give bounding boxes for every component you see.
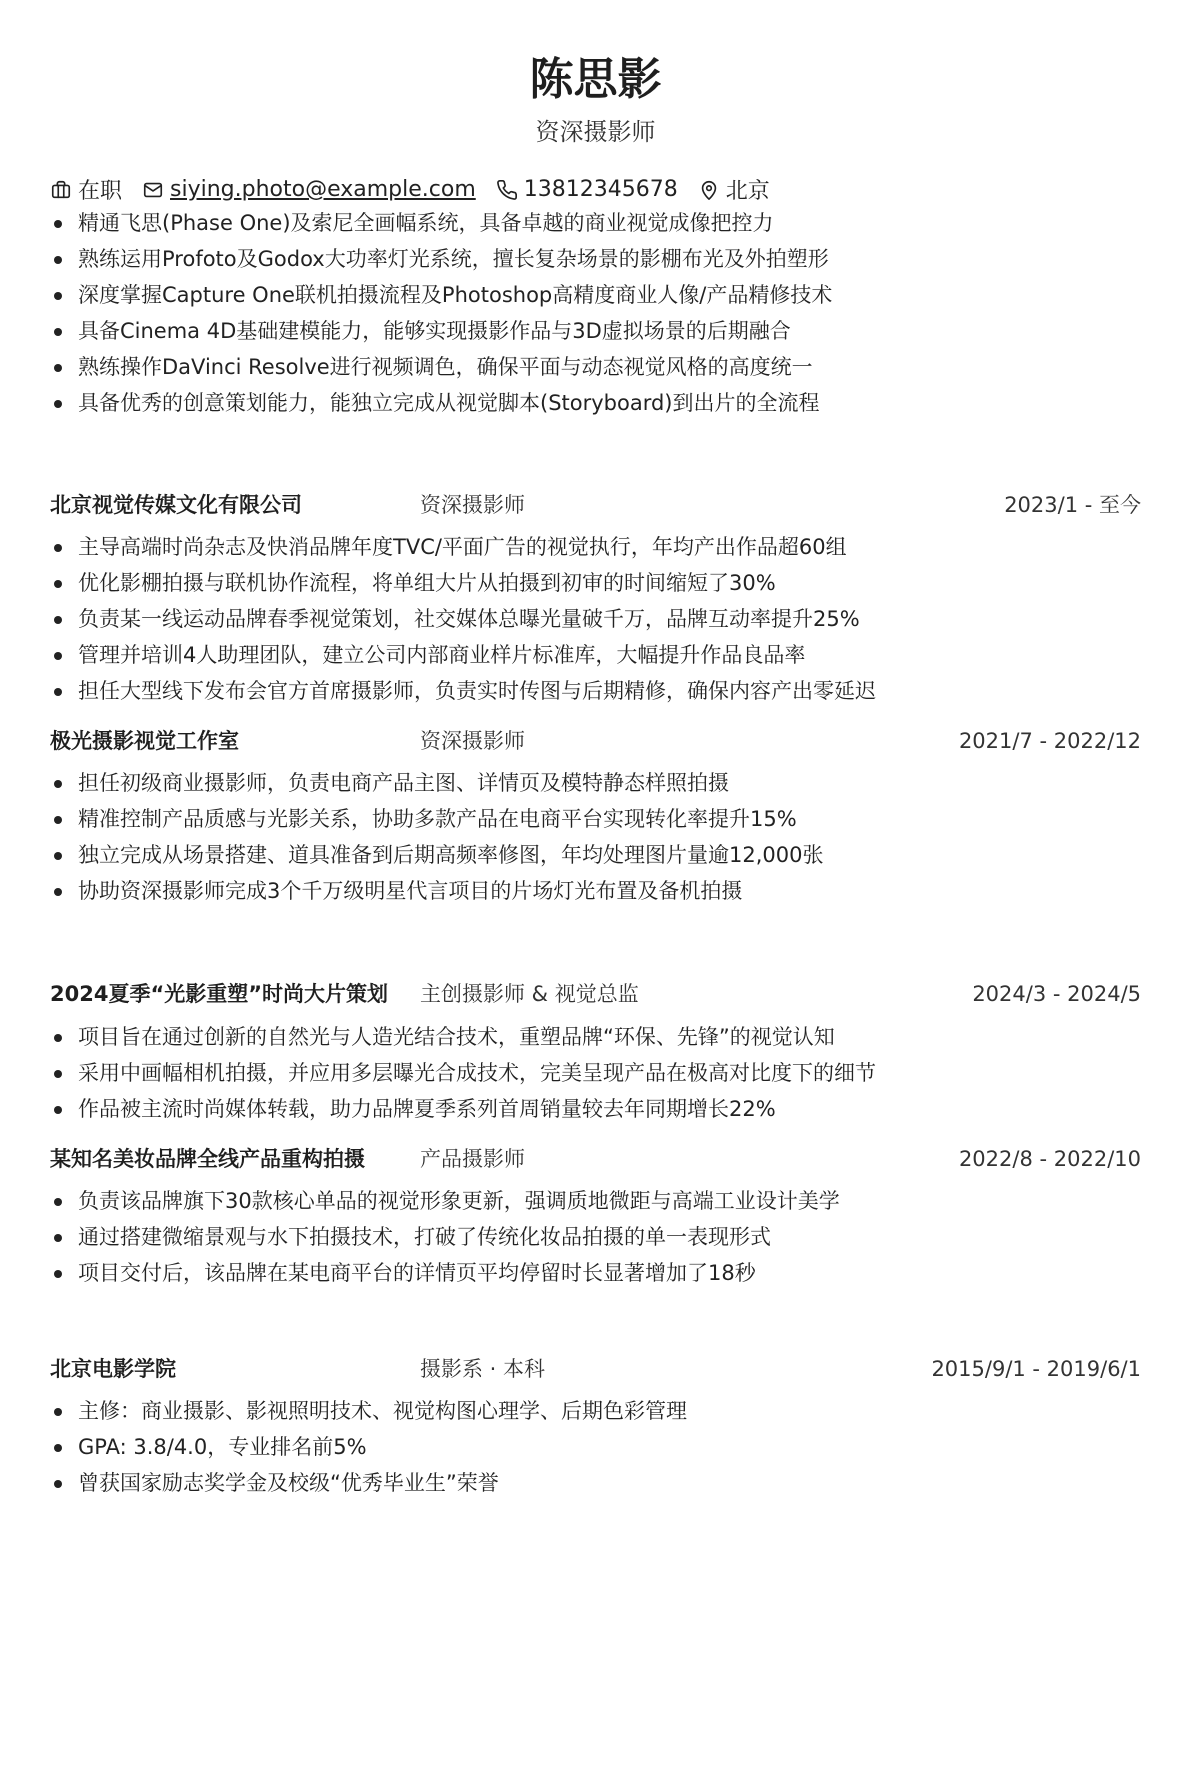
work-bullet: 管理并培训4人助理团队，建立公司内部商业样片标准库，大幅提升作品良品率 <box>50 637 1141 673</box>
work-bullet: 担任大型线下发布会官方首席摄影师，负责实时传图与后期精修，确保内容产出零延迟 <box>50 673 1141 709</box>
skills-list: 精通飞思(Phase One)及索尼全画幅系统，具备卓越的商业视觉成像把控力 熟… <box>50 205 1141 421</box>
project-bullet: 采用中画幅相机拍摄，并应用多层曝光合成技术，完美呈现产品在极高对比度下的细节 <box>50 1055 1141 1091</box>
contact-location: 北京 <box>698 174 770 205</box>
project-bullet: 负责该品牌旗下30款核心单品的视觉形象更新，强调质地微距与高端工业设计美学 <box>50 1183 1141 1219</box>
education-entry: 北京电影学院 摄影系 · 本科 2015/9/1 - 2019/6/1 主修：商… <box>50 1351 1141 1501</box>
skill-item: 精通飞思(Phase One)及索尼全画幅系统，具备卓越的商业视觉成像把控力 <box>50 205 1141 241</box>
work-bullet: 精准控制产品质感与光影关系，协助多款产品在电商平台实现转化率提升15% <box>50 801 1141 837</box>
skill-item: 具备Cinema 4D基础建模能力，能够实现摄影作品与3D虚拟场景的后期融合 <box>50 313 1141 349</box>
school-name: 北京电影学院 <box>50 1351 420 1387</box>
resume-page: 陈思影 资深摄影师 在职 siying.photo@example.com 13… <box>0 0 1191 1501</box>
work-entry: 极光摄影视觉工作室 资深摄影师 2021/7 - 2022/12 担任初级商业摄… <box>50 723 1141 909</box>
resume-header: 陈思影 资深摄影师 <box>50 0 1141 148</box>
job-role: 资深摄影师 <box>420 487 1004 523</box>
education-entry-header: 北京电影学院 摄影系 · 本科 2015/9/1 - 2019/6/1 <box>50 1351 1141 1387</box>
project-name: 某知名美妆品牌全线产品重构拍摄 <box>50 1141 420 1177</box>
skill-item: 深度掌握Capture One联机拍摄流程及Photoshop高精度商业人像/产… <box>50 277 1141 313</box>
work-bullet: 协助资深摄影师完成3个千万级明星代言项目的片场灯光布置及备机拍摄 <box>50 873 1141 909</box>
candidate-name: 陈思影 <box>50 52 1141 108</box>
project-role: 主创摄影师 & 视觉总监 <box>420 976 972 1012</box>
contact-bar: 在职 siying.photo@example.com 13812345678 … <box>50 174 1141 205</box>
project-entry-header: 2024夏季“光影重塑”时尚大片策划 主创摄影师 & 视觉总监 2024/3 -… <box>50 975 1141 1013</box>
contact-status: 在职 <box>50 174 122 205</box>
work-bullet: 负责某一线运动品牌春季视觉策划，社交媒体总曝光量破千万，品牌互动率提升25% <box>50 601 1141 637</box>
project-bullets: 负责该品牌旗下30款核心单品的视觉形象更新，强调质地微距与高端工业设计美学 通过… <box>50 1183 1141 1291</box>
skill-item: 熟练操作DaVinci Resolve进行视频调色，确保平面与动态视觉风格的高度… <box>50 349 1141 385</box>
work-entry-header: 北京视觉传媒文化有限公司 资深摄影师 2023/1 - 至今 <box>50 487 1141 523</box>
job-role: 资深摄影师 <box>420 723 959 759</box>
education-bullets: 主修：商业摄影、影视照明技术、视觉构图心理学、后期色彩管理 GPA: 3.8/4… <box>50 1393 1141 1501</box>
job-date: 2021/7 - 2022/12 <box>959 723 1141 759</box>
major-degree: 摄影系 · 本科 <box>420 1351 931 1387</box>
email-link[interactable]: siying.photo@example.com <box>170 177 476 202</box>
project-bullet: 项目旨在通过创新的自然光与人造光结合技术，重塑品牌“环保、先锋”的视觉认知 <box>50 1019 1141 1055</box>
work-bullet: 担任初级商业摄影师，负责电商产品主图、详情页及模特静态样照拍摄 <box>50 765 1141 801</box>
education-section: 北京电影学院 摄影系 · 本科 2015/9/1 - 2019/6/1 主修：商… <box>50 1351 1141 1501</box>
project-entry: 2024夏季“光影重塑”时尚大片策划 主创摄影师 & 视觉总监 2024/3 -… <box>50 975 1141 1127</box>
phone-icon <box>496 179 518 201</box>
status-text: 在职 <box>78 174 122 205</box>
work-bullet: 主导高端时尚杂志及快消品牌年度TVC/平面广告的视觉执行，年均产出作品超60组 <box>50 529 1141 565</box>
work-section: 北京视觉传媒文化有限公司 资深摄影师 2023/1 - 至今 主导高端时尚杂志及… <box>50 487 1141 909</box>
company-name: 极光摄影视觉工作室 <box>50 723 420 759</box>
work-bullets: 主导高端时尚杂志及快消品牌年度TVC/平面广告的视觉执行，年均产出作品超60组 … <box>50 529 1141 709</box>
project-role: 产品摄影师 <box>420 1141 959 1177</box>
education-bullet: 曾获国家励志奖学金及校级“优秀毕业生”荣誉 <box>50 1465 1141 1501</box>
work-bullet: 优化影棚拍摄与联机协作流程，将单组大片从拍摄到初审的时间缩短了30% <box>50 565 1141 601</box>
project-name: 2024夏季“光影重塑”时尚大片策划 <box>50 975 420 1013</box>
briefcase-icon <box>50 179 72 201</box>
education-date: 2015/9/1 - 2019/6/1 <box>931 1351 1141 1387</box>
map-pin-icon <box>698 179 720 201</box>
project-bullet: 通过搭建微缩景观与水下拍摄技术，打破了传统化妆品拍摄的单一表现形式 <box>50 1219 1141 1255</box>
company-name: 北京视觉传媒文化有限公司 <box>50 487 420 523</box>
skill-item: 熟练运用Profoto及Godox大功率灯光系统，擅长复杂场景的影棚布光及外拍塑… <box>50 241 1141 277</box>
work-entry-header: 极光摄影视觉工作室 资深摄影师 2021/7 - 2022/12 <box>50 723 1141 759</box>
phone-text: 13812345678 <box>524 177 678 202</box>
project-entry: 某知名美妆品牌全线产品重构拍摄 产品摄影师 2022/8 - 2022/10 负… <box>50 1141 1141 1291</box>
contact-email: siying.photo@example.com <box>142 177 476 202</box>
project-bullet: 作品被主流时尚媒体转载，助力品牌夏季系列首周销量较去年同期增长22% <box>50 1091 1141 1127</box>
education-bullet: GPA: 3.8/4.0，专业排名前5% <box>50 1429 1141 1465</box>
candidate-title: 资深摄影师 <box>50 116 1141 148</box>
education-bullet: 主修：商业摄影、影视照明技术、视觉构图心理学、后期色彩管理 <box>50 1393 1141 1429</box>
work-bullet: 独立完成从场景搭建、道具准备到后期高频率修图，年均处理图片量逾12,000张 <box>50 837 1141 873</box>
project-date: 2024/3 - 2024/5 <box>972 976 1141 1012</box>
contact-phone: 13812345678 <box>496 177 678 202</box>
skills-section: 精通飞思(Phase One)及索尼全画幅系统，具备卓越的商业视觉成像把控力 熟… <box>50 205 1141 421</box>
location-text: 北京 <box>726 174 770 205</box>
mail-icon <box>142 179 164 201</box>
projects-section: 2024夏季“光影重塑”时尚大片策划 主创摄影师 & 视觉总监 2024/3 -… <box>50 975 1141 1291</box>
project-bullets: 项目旨在通过创新的自然光与人造光结合技术，重塑品牌“环保、先锋”的视觉认知 采用… <box>50 1019 1141 1127</box>
project-bullet: 项目交付后，该品牌在某电商平台的详情页平均停留时长显著增加了18秒 <box>50 1255 1141 1291</box>
project-date: 2022/8 - 2022/10 <box>959 1141 1141 1177</box>
work-bullets: 担任初级商业摄影师，负责电商产品主图、详情页及模特静态样照拍摄 精准控制产品质感… <box>50 765 1141 909</box>
skill-item: 具备优秀的创意策划能力，能独立完成从视觉脚本(Storyboard)到出片的全流… <box>50 385 1141 421</box>
project-entry-header: 某知名美妆品牌全线产品重构拍摄 产品摄影师 2022/8 - 2022/10 <box>50 1141 1141 1177</box>
work-entry: 北京视觉传媒文化有限公司 资深摄影师 2023/1 - 至今 主导高端时尚杂志及… <box>50 487 1141 709</box>
job-date: 2023/1 - 至今 <box>1004 487 1141 523</box>
